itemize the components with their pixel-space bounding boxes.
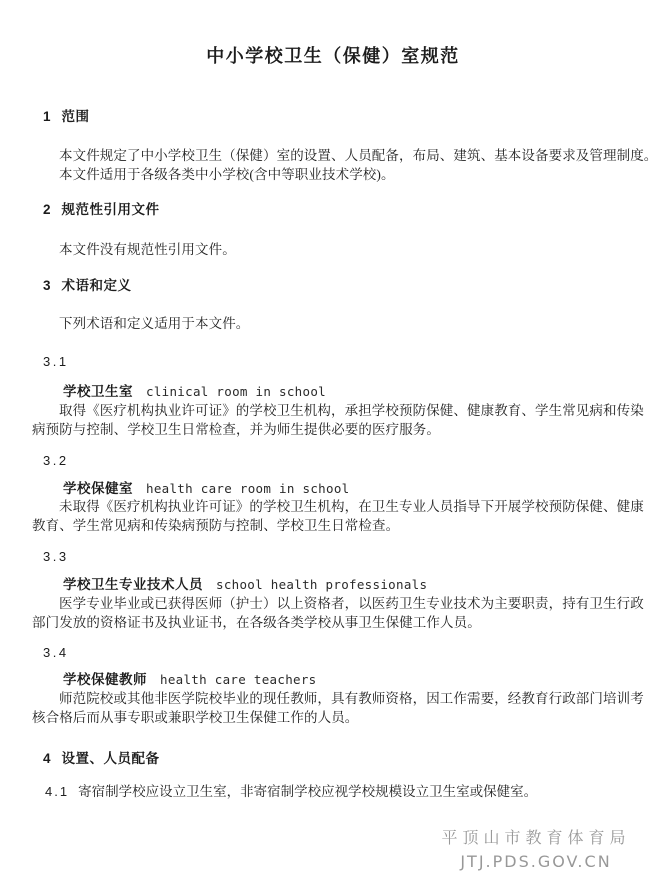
section-number: 4 (43, 751, 52, 766)
term-zh: 学校保健教师 (63, 672, 147, 687)
paragraph: 未取得《医疗机构执业许可证》的学校卫生机构，在卫生专业人员指导下开展学校预防保健… (32, 497, 646, 535)
section-heading-2: 2规范性引用文件 (43, 200, 160, 219)
term-line-3-4: 学校保健教师health care teachers (63, 670, 317, 689)
paragraph: 下列术语和定义适用于本文件。 (32, 314, 646, 333)
term-definition-3-3: 医学专业毕业或已获得医师（护士）以上资格者，以医药卫生专业技术为主要职责，持有卫… (32, 594, 646, 632)
watermark: 平顶山市教育体育局 JTJ.PDS.GOV.CN (438, 828, 634, 873)
term-line-3-2: 学校保健室health care room in school (63, 479, 349, 498)
term-zh: 学校保健室 (63, 481, 133, 496)
document-page: 中小学校卫生（保健）室规范 1范围 本文件规定了中小学校卫生（保健）室的设置、人… (0, 0, 666, 887)
term-number-3-4: 3.4 (43, 643, 69, 662)
paragraph: 本文件规定了中小学校卫生（保健）室的设置、人员配备，布局、建筑、基本设备要求及管… (32, 146, 646, 165)
watermark-url: JTJ.PDS.GOV.CN (438, 850, 634, 873)
term-zh: 学校卫生专业技术人员 (63, 577, 203, 592)
term-en: health care room in school (146, 481, 349, 496)
section-heading-4: 4设置、人员配备 (43, 749, 160, 768)
section-3-body: 下列术语和定义适用于本文件。 (32, 314, 646, 333)
term-number-3-3: 3.3 (43, 547, 69, 566)
document-title: 中小学校卫生（保健）室规范 (0, 45, 666, 67)
section-heading-1: 1范围 (43, 107, 90, 126)
term-definition-3-2: 未取得《医疗机构执业许可证》的学校卫生机构，在卫生专业人员指导下开展学校预防保健… (32, 497, 646, 535)
term-en: clinical room in school (146, 384, 326, 399)
paragraph: 本文件没有规范性引用文件。 (32, 240, 646, 259)
section-2-body: 本文件没有规范性引用文件。 (32, 240, 646, 259)
clause-text: 寄宿制学校应设立卫生室，非寄宿制学校应视学校规模设立卫生室或保健室。 (78, 784, 537, 799)
clause-4-1: 4.1寄宿制学校应设立卫生室，非寄宿制学校应视学校规模设立卫生室或保健室。 (45, 782, 537, 801)
clause-number: 4.1 (45, 784, 69, 799)
section-title: 范围 (62, 109, 90, 124)
section-number: 1 (43, 109, 52, 124)
term-zh: 学校卫生室 (63, 384, 133, 399)
section-number: 2 (43, 202, 52, 217)
term-number-3-2: 3.2 (43, 451, 69, 470)
watermark-org: 平顶山市教育体育局 (438, 828, 634, 850)
paragraph: 取得《医疗机构执业许可证》的学校卫生机构，承担学校预防保健、健康教育、学生常见病… (32, 401, 646, 439)
term-definition-3-1: 取得《医疗机构执业许可证》的学校卫生机构，承担学校预防保健、健康教育、学生常见病… (32, 401, 646, 439)
term-en: school health professionals (216, 577, 427, 592)
section-1-body: 本文件规定了中小学校卫生（保健）室的设置、人员配备，布局、建筑、基本设备要求及管… (32, 146, 646, 184)
term-line-3-3: 学校卫生专业技术人员school health professionals (63, 575, 427, 594)
term-number-3-1: 3.1 (43, 352, 69, 371)
paragraph: 师范院校或其他非医学院校毕业的现任教师，具有教师资格，因工作需要，经教育行政部门… (32, 689, 646, 727)
paragraph: 本文件适用于各级各类中小学校(含中等职业技术学校)。 (32, 165, 646, 184)
section-title: 设置、人员配备 (62, 751, 160, 766)
section-number: 3 (43, 278, 52, 293)
section-title: 术语和定义 (62, 278, 132, 293)
term-en: health care teachers (160, 672, 317, 687)
section-title: 规范性引用文件 (62, 202, 160, 217)
paragraph: 医学专业毕业或已获得医师（护士）以上资格者，以医药卫生专业技术为主要职责，持有卫… (32, 594, 646, 632)
section-heading-3: 3术语和定义 (43, 276, 132, 295)
term-line-3-1: 学校卫生室clinical room in school (63, 382, 326, 401)
term-definition-3-4: 师范院校或其他非医学院校毕业的现任教师，具有教师资格，因工作需要，经教育行政部门… (32, 689, 646, 727)
